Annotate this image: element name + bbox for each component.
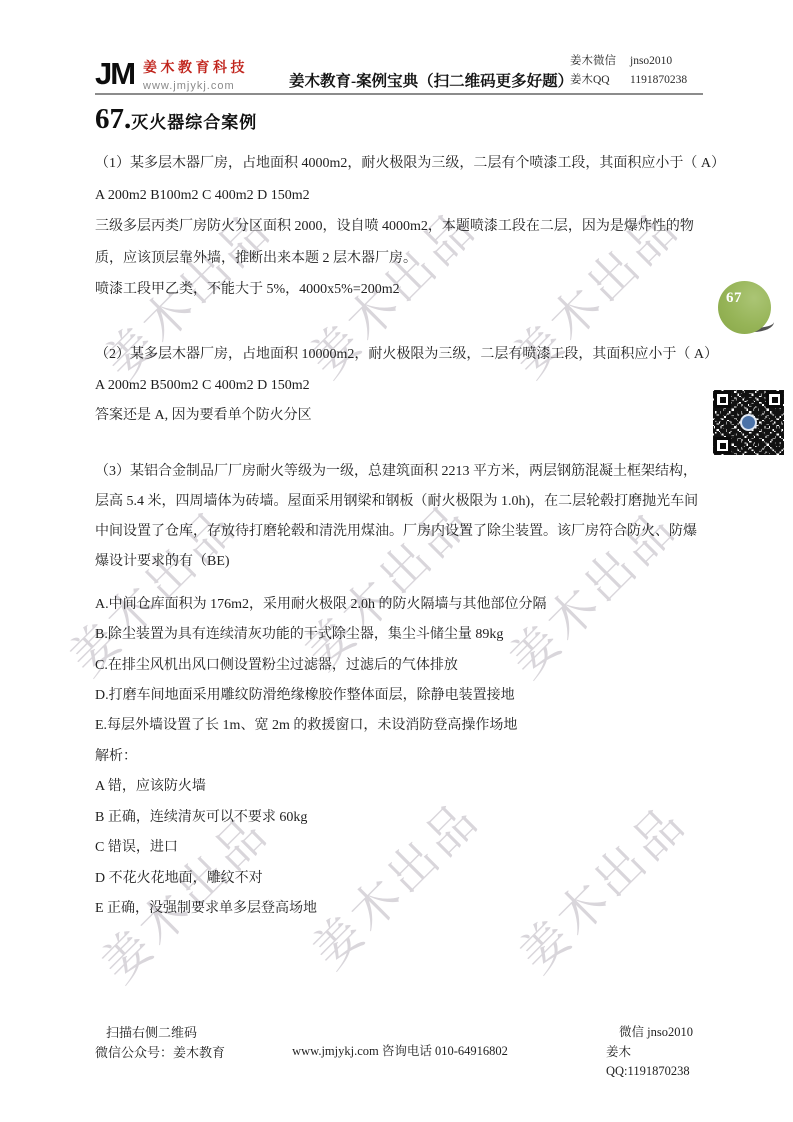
logo-company-name: 姜木教育科技 xyxy=(143,57,248,77)
question-2-stem: （2）某多层木器厂房，占地面积 10000m2，耐火极限为三级，二层有喷漆工段，… xyxy=(95,340,718,371)
contact-wechat: 姜木微信 jnso2010 xyxy=(570,52,687,71)
footer-right: 微信 jnso2010 姜木 QQ:1191870238 xyxy=(606,1023,706,1082)
footer-wechat-account: 微信公众号：姜木教育 xyxy=(95,1043,225,1063)
question-1-options: A 200m2 B100m2 C 400m2 D 150m2 xyxy=(95,180,725,212)
footer-center: www.jmjykj.com 咨询电话 010-64916802 xyxy=(265,1041,535,1059)
header-divider xyxy=(95,93,703,95)
logo-text: 姜木教育科技 www.jmjykj.com xyxy=(143,57,248,92)
page-number-badge: 67 xyxy=(718,281,771,334)
footer-qq-id: 姜木 QQ:1191870238 xyxy=(606,1043,706,1082)
question-3-stem-line: 中间设置了仓库，存放待打磨轮毂和清洗用煤油。厂房内设置了除尘装置。该厂房符合防火… xyxy=(95,517,698,547)
jm-logo: JM xyxy=(95,56,134,92)
qr-center-logo-icon xyxy=(740,414,757,431)
logo-website: www.jmjykj.com xyxy=(143,80,248,92)
question-3-option-d: D.打磨车间地面采用雕纹防滑绝缘橡胶作整体面层，除静电装置接地 xyxy=(95,681,547,711)
section-number: 67. xyxy=(95,103,131,136)
question-3-option-c: C.在排尘风机出风口侧设置粉尘过滤器，过滤后的气体排放 xyxy=(95,651,547,681)
question-3-option-b: B.除尘装置为具有连续清灰功能的干式除尘器，集尘斗储尘量 89kg xyxy=(95,620,547,650)
section-title: 67.灭火器综合案例 xyxy=(95,103,257,136)
watermark: 姜木出品 xyxy=(294,782,493,981)
question-3-options: A.中间仓库面积为 176m2，采用耐火极限 2.0h 的防火隔墙与其他部位分隔… xyxy=(95,590,547,741)
contact-label: 姜木微信 xyxy=(570,52,630,71)
watermark: 姜木出品 xyxy=(501,786,700,985)
analysis-line-e: E 正确，没强制要求单多层登高场地 xyxy=(95,894,317,924)
question-3-stem-line: 层高 5.4 米，四周墙体为砖墙。屋面采用钢梁和钢板（耐火极限为 1.0h)，在… xyxy=(95,487,698,517)
analysis-line-c: C 错误，进口 xyxy=(95,833,317,863)
question-3-stem: （3）某铝合金制品厂厂房耐火等级为一级，总建筑面积 2213 平方米，两层钢筋混… xyxy=(95,457,698,577)
header-title: 姜木教育-案例宝典（扫二维码更多好题） xyxy=(289,69,573,91)
analysis-line-b: B 正确，连续清灰可以不要求 60kg xyxy=(95,803,317,833)
footer-scan-hint: 扫描右侧二维码 xyxy=(95,1023,225,1043)
question-3-stem-line: （3）某铝合金制品厂厂房耐火等级为一级，总建筑面积 2213 平方米，两层钢筋混… xyxy=(95,457,698,487)
question-2-answer: 答案还是 A, 因为要看单个防火分区 xyxy=(95,401,718,432)
question-1-analysis: 喷漆工段甲乙类，不能大于 5%，4000x5%=200m2 xyxy=(95,274,725,306)
qr-finder-icon xyxy=(714,391,731,408)
question-3-option-e: E.每层外墙设置了长 1m、宽 2m 的救援窗口，未设消防登高操作场地 xyxy=(95,711,547,741)
analysis-label: 解析： xyxy=(95,742,317,772)
qr-finder-icon xyxy=(714,437,731,454)
qr-finder-icon xyxy=(766,391,783,408)
question-1-stem: （1）某多层木器厂房，占地面积 4000m2，耐火极限为三级，二层有个喷漆工段，… xyxy=(95,148,725,180)
footer-left: 扫描右侧二维码 微信公众号：姜木教育 xyxy=(95,1023,225,1062)
question-3-stem-line: 爆设计要求的有（BE) xyxy=(95,547,698,577)
contact-qq: 姜木QQ 1191870238 xyxy=(570,71,687,90)
question-3-option-a: A.中间仓库面积为 176m2，采用耐火极限 2.0h 的防火隔墙与其他部位分隔 xyxy=(95,590,547,620)
question-1-analysis: 三级多层丙类厂房防火分区面积 2000，设自喷 4000m2，本题喷漆工段在二层… xyxy=(95,211,725,243)
footer-wechat-id: 微信 jnso2010 xyxy=(606,1023,706,1043)
section-name: 灭火器综合案例 xyxy=(131,108,257,133)
contact-value: jnso2010 xyxy=(630,52,672,71)
question-1-block: （1）某多层木器厂房，占地面积 4000m2，耐火极限为三级，二层有个喷漆工段，… xyxy=(95,148,725,306)
header-contacts: 姜木微信 jnso2010 姜木QQ 1191870238 xyxy=(570,52,687,90)
analysis-line-a: A 错，应该防火墙 xyxy=(95,772,317,802)
analysis-line-d: D 不花火花地面，雕纹不对 xyxy=(95,864,317,894)
question-2-options: A 200m2 B500m2 C 400m2 D 150m2 xyxy=(95,371,718,402)
document-page: 姜木出品 姜木出品 姜木出品 姜木出品 姜木出品 姜木出品 姜木出品 姜木出品 … xyxy=(0,0,793,1122)
contact-label: 姜木QQ xyxy=(570,71,630,90)
contact-value: 1191870238 xyxy=(630,71,687,90)
question-2-block: （2）某多层木器厂房，占地面积 10000m2，耐火极限为三级，二层有喷漆工段，… xyxy=(95,340,718,432)
page-number: 67 xyxy=(726,290,742,307)
question-1-analysis: 质，应该顶层靠外墙，推断出来本题 2 层木器厂房。 xyxy=(95,243,725,275)
question-3-analysis: 解析： A 错，应该防火墙 B 正确，连续清灰可以不要求 60kg C 错误，进… xyxy=(95,742,317,924)
qr-code xyxy=(712,389,785,456)
